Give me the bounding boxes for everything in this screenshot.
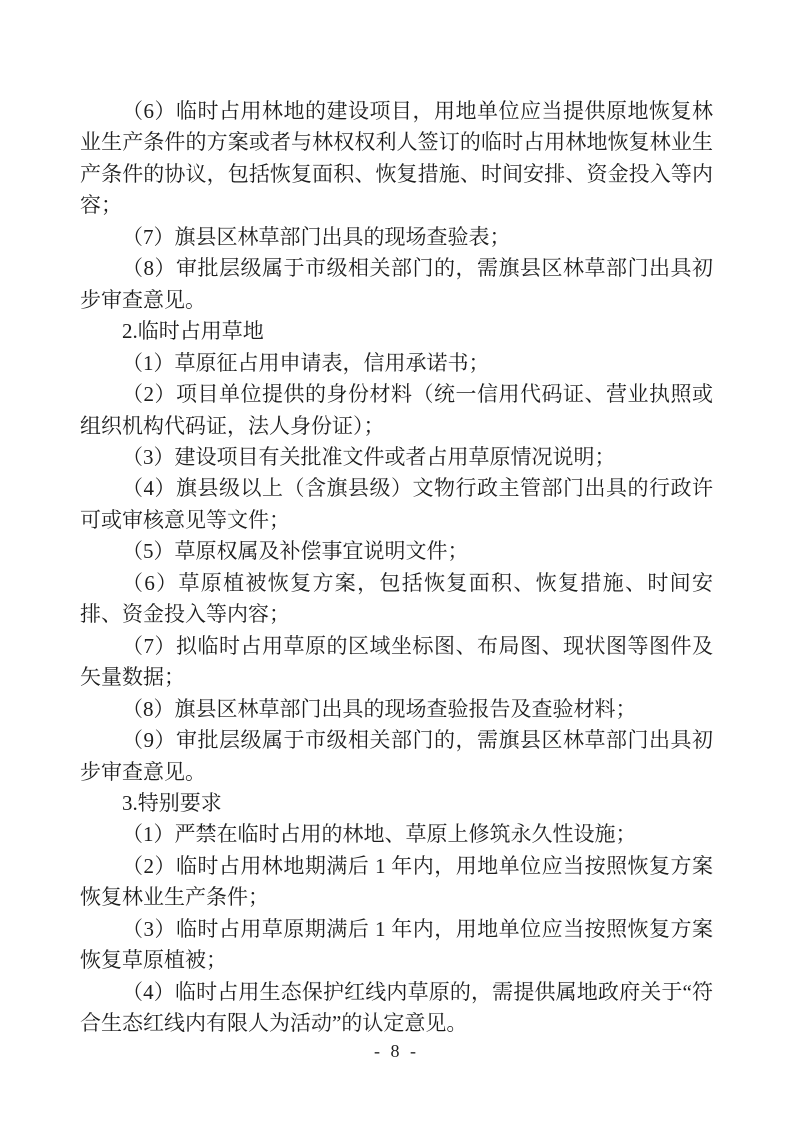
paragraph: （1）严禁在临时占用的林地、草原上修筑永久性设施； xyxy=(80,819,713,850)
paragraph: （5）草原权属及补偿事宜说明文件； xyxy=(80,536,713,567)
document-page: （6）临时占用林地的建设项目，用地单位应当提供原地恢复林业生产条件的方案或者与林… xyxy=(0,0,793,1122)
paragraph: （6）草原植被恢复方案，包括恢复面积、恢复措施、时间安排、资金投入等内容； xyxy=(80,568,713,631)
paragraph: （3）建设项目有关批准文件或者占用草原情况说明； xyxy=(80,442,713,473)
paragraph: （2）临时占用林地期满后 1 年内，用地单位应当按照恢复方案恢复林业生产条件； xyxy=(80,851,713,914)
paragraph: （9）审批层级属于市级相关部门的，需旗县区林草部门出具初步审查意见。 xyxy=(80,725,713,788)
paragraph: （1）草原征占用申请表，信用承诺书； xyxy=(80,348,713,379)
paragraph: （4）临时占用生态保护红线内草原的，需提供属地政府关于“符合生态红线内有限人为活… xyxy=(80,977,713,1040)
paragraph: （8）审批层级属于市级相关部门的，需旗县区林草部门出具初步审查意见。 xyxy=(80,253,713,316)
paragraph: 3.特别要求 xyxy=(80,788,713,819)
paragraph: （2）项目单位提供的身份材料（统一信用代码证、营业执照或组织机构代码证，法人身份… xyxy=(80,379,713,442)
paragraph: （7）旗县区林草部门出具的现场查验表； xyxy=(80,222,713,253)
page-number: - 8 - xyxy=(0,1040,793,1062)
paragraph: （8）旗县区林草部门出具的现场查验报告及查验材料； xyxy=(80,694,713,725)
paragraph: 2.临时占用草地 xyxy=(80,316,713,347)
paragraph: （6）临时占用林地的建设项目，用地单位应当提供原地恢复林业生产条件的方案或者与林… xyxy=(80,96,713,222)
paragraph: （3）临时占用草原期满后 1 年内，用地单位应当按照恢复方案恢复草原植被； xyxy=(80,914,713,977)
paragraph: （4）旗县级以上（含旗县级）文物行政主管部门出具的行政许可或审核意见等文件； xyxy=(80,473,713,536)
document-body: （6）临时占用林地的建设项目，用地单位应当提供原地恢复林业生产条件的方案或者与林… xyxy=(80,96,713,1040)
paragraph: （7）拟临时占用草原的区域坐标图、布局图、现状图等图件及矢量数据； xyxy=(80,631,713,694)
